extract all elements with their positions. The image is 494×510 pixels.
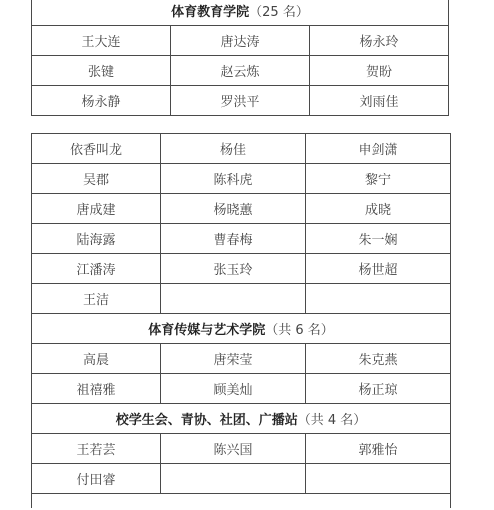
name-table-part-1: 体育教育学院（25 名） 王大连 唐达涛 杨永玲 张键 赵云炼 贺盼 杨永静 罗… xyxy=(31,0,449,116)
table-row: 江潘涛 张玉玲 杨世超 xyxy=(32,254,451,284)
section-header-media-arts: 体育传媒与艺术学院（共 6 名） xyxy=(32,314,451,344)
name-cell xyxy=(161,464,306,494)
name-cell: 郭雅怡 xyxy=(306,434,451,464)
table-row: 王大连 唐达涛 杨永玲 xyxy=(32,26,449,56)
table-row: 张键 赵云炼 贺盼 xyxy=(32,56,449,86)
name-cell: 付田睿 xyxy=(32,464,161,494)
name-cell: 赵云炼 xyxy=(171,56,310,86)
table-row: 吴郡 陈科虎 黎宁 xyxy=(32,164,451,194)
name-cell: 依香叫龙 xyxy=(32,134,161,164)
name-cell: 杨世超 xyxy=(306,254,451,284)
name-cell: 吴郡 xyxy=(32,164,161,194)
table-row: 依香叫龙 杨佳 申剑潇 xyxy=(32,134,451,164)
table-row: 高晨 唐荣莹 朱克燕 xyxy=(32,344,451,374)
name-cell: 成晓 xyxy=(306,194,451,224)
name-cell: 王洁 xyxy=(32,284,161,314)
name-cell: 刘雨佳 xyxy=(310,86,449,116)
name-table-part-2: 依香叫龙 杨佳 申剑潇 吴郡 陈科虎 黎宁 唐成建 杨晓蕙 成晓 陆海露 曹春梅… xyxy=(31,133,451,508)
table-row: 唐成建 杨晓蕙 成晓 xyxy=(32,194,451,224)
name-cell: 唐达涛 xyxy=(171,26,310,56)
table-row: 祖禧雅 顾美灿 杨正琼 xyxy=(32,374,451,404)
name-cell: 江潘涛 xyxy=(32,254,161,284)
name-cell: 罗洪平 xyxy=(171,86,310,116)
name-cell: 王若芸 xyxy=(32,434,161,464)
name-cell: 祖禧雅 xyxy=(32,374,161,404)
section-title: 体育教育学院 xyxy=(171,5,249,20)
name-cell: 顾美灿 xyxy=(161,374,306,404)
name-cell xyxy=(306,284,451,314)
name-cell: 申剑潇 xyxy=(306,134,451,164)
table-row-cut-off xyxy=(32,494,451,509)
name-cell: 朱克燕 xyxy=(306,344,451,374)
name-cell: 杨佳 xyxy=(161,134,306,164)
name-cell: 朱一娴 xyxy=(306,224,451,254)
table-row: 王洁 xyxy=(32,284,451,314)
name-cell: 曹春梅 xyxy=(161,224,306,254)
name-cell: 杨晓蕙 xyxy=(161,194,306,224)
name-cell: 贺盼 xyxy=(310,56,449,86)
section-title: 体育传媒与艺术学院 xyxy=(148,323,265,338)
table-row: 陆海露 曹春梅 朱一娴 xyxy=(32,224,451,254)
name-cell: 唐荣莹 xyxy=(161,344,306,374)
name-cell: 陈科虎 xyxy=(161,164,306,194)
name-cell: 张键 xyxy=(32,56,171,86)
name-cell: 陈兴国 xyxy=(161,434,306,464)
table-row: 王若芸 陈兴国 郭雅怡 xyxy=(32,434,451,464)
name-cell: 黎宁 xyxy=(306,164,451,194)
name-cell: 高晨 xyxy=(32,344,161,374)
table-row: 付田睿 xyxy=(32,464,451,494)
table-row: 杨永静 罗洪平 刘雨佳 xyxy=(32,86,449,116)
name-cell: 唐成建 xyxy=(32,194,161,224)
section-header-pe-education: 体育教育学院（25 名） xyxy=(32,0,449,26)
section-count: （25 名） xyxy=(249,5,309,20)
name-cell: 杨永玲 xyxy=(310,26,449,56)
section-count: （共 4 名） xyxy=(298,413,367,428)
section-count: （共 6 名） xyxy=(265,323,334,338)
name-cell: 杨永静 xyxy=(32,86,171,116)
name-cell: 陆海露 xyxy=(32,224,161,254)
name-cell xyxy=(306,464,451,494)
name-cell xyxy=(161,284,306,314)
section-header-student-orgs: 校学生会、青协、社团、广播站（共 4 名） xyxy=(32,404,451,434)
name-cell: 王大连 xyxy=(32,26,171,56)
name-cell: 杨正琼 xyxy=(306,374,451,404)
section-title: 校学生会、青协、社团、广播站 xyxy=(116,413,298,428)
name-cell: 张玉玲 xyxy=(161,254,306,284)
